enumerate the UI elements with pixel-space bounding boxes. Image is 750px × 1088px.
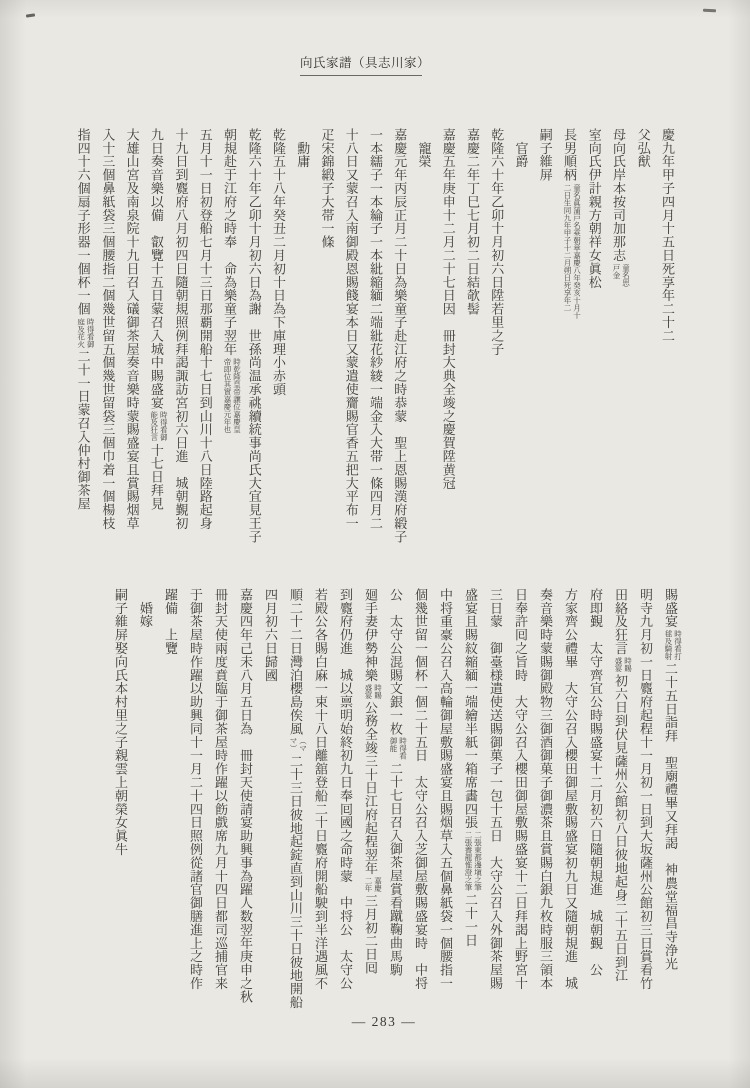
text-column: 官爵 bbox=[508, 128, 532, 548]
warichu-annotation: 嘉慶二年 bbox=[363, 877, 382, 892]
warichu-annotation: 時乾隆皇帝讓位嘉慶皇帝即位其實嘉慶元年也 bbox=[223, 358, 242, 433]
text-column: 十八日又蒙召入南御殿恩賜餞宴本日又蒙遣使齎賜官香五把大平布一 bbox=[339, 128, 363, 548]
text-column: 嘉慶二年丁巳七月初二日結欹髻 bbox=[460, 128, 484, 548]
text-column: 嗣子維屏娶向氏本村里之子親雲上朝榮女眞牛 bbox=[108, 588, 133, 1010]
warichu-annotation: （ママ） bbox=[288, 737, 307, 752]
text-column: 嘉慶元年丙辰正月二十日為樂童子赴江府之時恭蒙 聖上恩賜漢府緞子 bbox=[387, 128, 411, 548]
genealogy-text-lower-register: 賜盛宴時得看打毬及騎射二十五日詣拜 聖廟禮畢又拜謁 神農堂福昌寺浄光明寺九月初一… bbox=[108, 588, 683, 1010]
text-column: 疋宋錦緞子大帯一條 bbox=[314, 128, 338, 548]
warichu-annotation: 時得看御能 bbox=[388, 737, 407, 760]
page-title: 向氏家譜（具志川家） bbox=[300, 53, 422, 76]
text-column: 奏音樂時蒙賜御殿物三御酒御菓子御濃茶且賞賜白銀九枚時服三領本 bbox=[533, 588, 558, 1010]
text-column: 乾隆六十年乙卯十月初六日陞若里之子 bbox=[484, 128, 508, 548]
text-column: 朝規赴于江府之時奉 命為樂童子翌年時乾隆皇帝讓位嘉慶皇帝即位其實嘉慶元年也 bbox=[217, 128, 242, 548]
text-column: 四月初六日歸國 bbox=[258, 588, 283, 1010]
warichu-annotation: 童名眞蒲戸名乘朝章嘉慶八年癸亥十月十二日生同九年甲子十二月朔日死享年二 bbox=[563, 184, 582, 319]
text-column: 指四十六個扇子形器一個杯一個時得看御庭及花火二十一日蒙召入仲村御茶屋 bbox=[70, 128, 95, 548]
text-column: 個幾世留一個杯一個二十五日 太守公召入芝御屋敷賜盛宴時 中将 bbox=[408, 588, 433, 1010]
text-column: 入十三個鼻紙袋三個腰指二個幾世留五個幾世留袋三個巾着一個楊枝 bbox=[95, 128, 119, 548]
text-column: 一本繻子一本綸子一本紕縮緬二端紕花紗綾一端金入大帯一條四月二 bbox=[363, 128, 387, 548]
text-column: 五月十一日初登船七月十三日那覇開船十七日到山川十八日陸路起身 bbox=[193, 128, 217, 548]
text-column: 嘉慶四年己未八月五日為 冊封天使請宴助興事為躍人数翌年庚申之秋 bbox=[233, 588, 258, 1010]
text-column: 十九日到麑府八月初四日隨朝規照例拜謁諏訪宮初六日進 城朝覲初 bbox=[168, 128, 192, 548]
warichu-annotation: 時賜盛宴 bbox=[613, 657, 632, 672]
text-column: 婚嫁 bbox=[133, 588, 158, 1010]
genealogy-text-upper-register: 慶九年甲子四月十五日死享年二十二父弘猷母向氏岸本按司加那志童名思戸金室向氏伊計親… bbox=[70, 128, 679, 548]
warichu-annotation: 時得看御庭及花火 bbox=[76, 318, 95, 348]
text-column: 日奉許囘之旨時 大守公召入櫻田御屋敷賜盛宴十二日拜謁上野宮十 bbox=[508, 588, 533, 1010]
text-column: 大雄山宮及南泉院十九日召入礒御茶屋奏音樂時蒙賜盛宴且賞賜烟草 bbox=[119, 128, 143, 548]
text-column: 勳庸 bbox=[290, 128, 314, 548]
text-column: 府即覲 太守齊宜公時賜盛宴十二月初六日隨朝規進 城朝覲 公 bbox=[583, 588, 608, 1010]
text-column: 母向氏岸本按司加那志童名思戸金 bbox=[606, 128, 631, 548]
text-column: 賜盛宴時得看打毬及騎射二十五日詣拜 聖廟禮畢又拜謁 神農堂福昌寺浄光 bbox=[658, 588, 683, 1010]
text-column: 父弘猷 bbox=[631, 128, 655, 548]
text-column: 嘉慶五年庚申十二月二十七日因 冊封大典全竣之慶賀陞黄冠 bbox=[436, 128, 460, 548]
scan-artifact bbox=[703, 9, 716, 13]
text-column: 長男順柄童名眞蒲戸名乘朝章嘉慶八年癸亥十月十二日生同九年甲子十二月朔日死享年二 bbox=[557, 128, 582, 548]
text-column: 乾隆五十八年癸丑二月初十日為下庫理小赤頭 bbox=[266, 128, 290, 548]
warichu-annotation: 二張東都邊塡之筆二張養龍惟澄之筆 bbox=[463, 831, 482, 891]
text-column: 明寺九月初一日麑府起程十一月初一日到大坂薩州公館初三日賞看竹 bbox=[633, 588, 658, 1010]
text-column: 乾隆六十年乙卯十月初六日為謝 世孫尚温承祧續統事尚氏大宜見王子 bbox=[242, 128, 266, 548]
scan-artifact bbox=[26, 13, 35, 17]
text-column: 室向氏伊計親方朝祥女眞松 bbox=[582, 128, 606, 548]
text-column: 于御茶屋時作躍以助興同十一月二十四日照例從諸官御膳進上之時作 bbox=[183, 588, 208, 1010]
warichu-annotation: 時得看御能及狂言 bbox=[149, 411, 168, 441]
text-column: 慶九年甲子四月十五日死享年二十二 bbox=[655, 128, 679, 548]
text-column: 廻手妻伊勢神樂時賜盛宴公務全竣三十日江府起程翌年嘉慶二年三月初二日囘 bbox=[358, 588, 383, 1010]
text-column: 九日奏音樂以備 叡覽十五日蒙召入城中賜盛宴時得看御能及狂言十七日拜見 bbox=[144, 128, 169, 548]
text-column: 中将重豪公召入高輪御屋敷賜盛宴且賜烟草入五個鼻紙袋一個腰指一 bbox=[433, 588, 458, 1010]
text-column: 三日蒙 御臺様遣使送賜御菓子一包十五日 大守公召入外御茶屋賜 bbox=[483, 588, 508, 1010]
text-column: 嗣子維屏 bbox=[533, 128, 557, 548]
text-column: 到麑府仍進 城以禀明始終初九日奉囘國之命時蒙 中将公 太守公 bbox=[333, 588, 358, 1010]
text-column: 方家齊公禮畢 大守公召入櫻田御屋敷賜盛宴初九日又隨朝規進 城 bbox=[558, 588, 583, 1010]
text-column: 冊封天使兩度賁臨于御茶屋時作躍以飭戲席九月十四日都司巡捕官来 bbox=[208, 588, 233, 1010]
warichu-annotation: 時賜盛宴 bbox=[363, 684, 382, 699]
text-column: 田絡及狂言時賜盛宴初六日到伏見薩州公館初八日彼地起身二十五日到江 bbox=[608, 588, 633, 1010]
warichu-annotation: 童名思戸金 bbox=[612, 264, 631, 287]
text-column: 躍備 上覽 bbox=[158, 588, 183, 1010]
scanned-page: 向氏家譜（具志川家） 慶九年甲子四月十五日死享年二十二父弘猷母向氏岸本按司加那志… bbox=[0, 0, 750, 1088]
text-column: 寵榮 bbox=[411, 128, 435, 548]
warichu-annotation: 時得看打毬及騎射 bbox=[663, 630, 682, 660]
text-column: 順二十二日灣泊櫻島俟風（ママ）二十三日彼地起錠直到山川三十日彼地開船 bbox=[283, 588, 308, 1010]
text-column: 若殿公各賜白麻一束十八日離舘登船二十日麑府開船駛到半洋遇風不 bbox=[308, 588, 333, 1010]
text-column: 盛宴且賜紋縮緬一端繪半紙一箱席畵四張二張東都邊塡之筆二張養龍惟澄之筆二十一日 bbox=[458, 588, 483, 1010]
text-column: 公 太守公混賜文銀一枚時得看御能二十七日召入御茶屋賞看蹴鞠曲馬駒 bbox=[383, 588, 408, 1010]
page-number: — 283 — bbox=[0, 1014, 750, 1030]
